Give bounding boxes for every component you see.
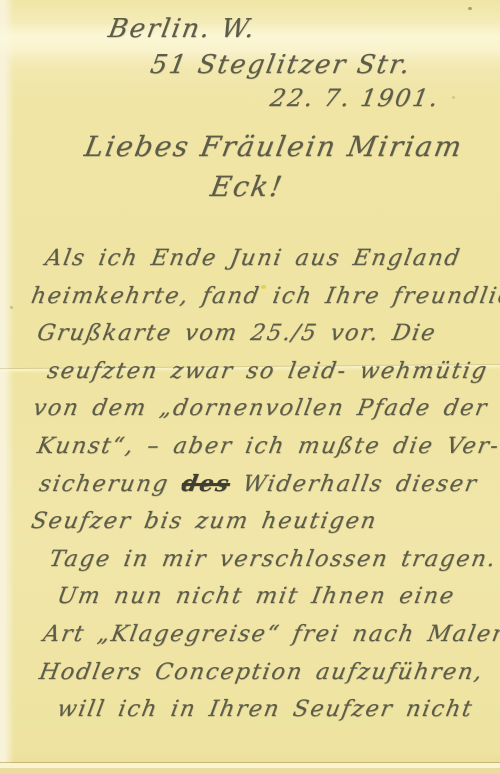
body-line: von dem „dornenvollen Pfade der: [30, 390, 500, 428]
body-line: Als ich Ende Juni aus England: [42, 240, 500, 278]
body-line-with-strikethrough: sicherung des Widerhalls dieser: [36, 466, 500, 504]
body-text: sicherung: [37, 471, 171, 497]
body-text: Widerhalls dieser: [241, 471, 480, 497]
body-line: Tage in mir verschlossen tragen.: [46, 541, 500, 579]
paper-speck: [452, 96, 455, 99]
letter-page: Berlin. W. 51 Steglitzer Str. 22. 7. 190…: [0, 0, 500, 774]
header-city-line: Berlin. W.: [106, 14, 259, 44]
body-line: seufzten zwar so leid- wehmütig: [44, 353, 500, 391]
paper-speck: [10, 306, 13, 309]
struck-word: des: [180, 471, 233, 497]
header-street-line: 51 Steglitzer Str.: [148, 50, 414, 80]
body-line: Seufzer bis zum heutigen: [28, 503, 500, 541]
paper-bottom-strip: [0, 768, 500, 774]
body-line: heimkehrte, fand ich Ihre freundliche: [28, 278, 500, 316]
body-line: Kunst“, – aber ich mußte die Ver-: [34, 428, 500, 466]
body-line: Art „Klagegreise“ frei nach Maler: [40, 616, 500, 654]
body-line: Grußkarte vom 25./5 vor. Die: [34, 315, 500, 353]
letter-body: Als ich Ende Juni aus England heimkehrte…: [28, 240, 494, 729]
salutation-line-2: Eck!: [208, 170, 286, 203]
body-line: will ich in Ihren Seufzer nicht: [54, 691, 500, 729]
body-line: Um nun nicht mit Ihnen eine: [54, 578, 500, 616]
paper-speck: [468, 7, 472, 10]
salutation-line-1: Liebes Fräulein Miriam: [82, 130, 466, 163]
body-line: Hodlers Conception aufzuführen,: [36, 654, 500, 692]
header-date-line: 22. 7. 1901.: [268, 84, 442, 112]
